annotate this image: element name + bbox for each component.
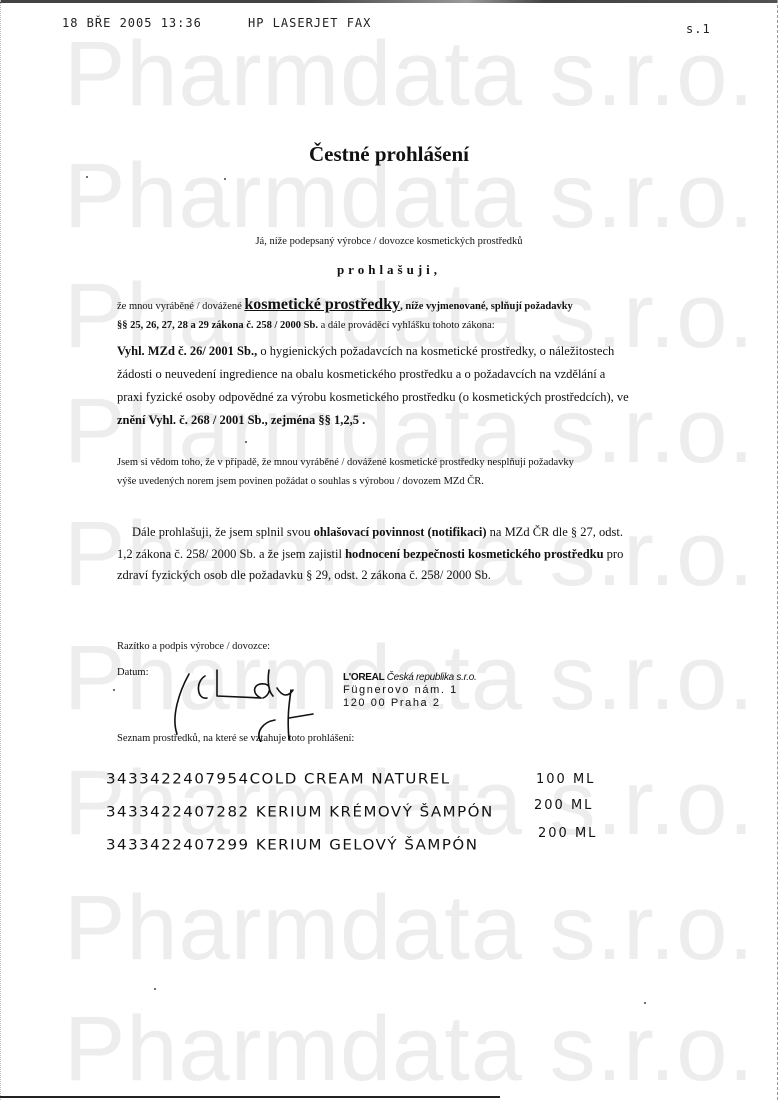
watermark: Pharmdata s.r.o. bbox=[64, 1003, 755, 1095]
product-code: 3433422407299 bbox=[106, 837, 250, 854]
para3-line2: výše uvedených norem jsem povinen požáda… bbox=[117, 476, 484, 487]
product-row: 3433422407299 KERIUM GELOVÝ ŠAMPÓN bbox=[106, 837, 478, 854]
product-name: KERIUM GELOVÝ ŠAMPÓN bbox=[256, 837, 479, 854]
stamp-city: 120 00 Praha 2 bbox=[343, 697, 476, 709]
stamp-signature-label: Razítko a podpis výrobce / dovozce: bbox=[117, 641, 270, 652]
fax-device: HP LASERJET FAX bbox=[248, 16, 371, 30]
product-volume: 100 ML bbox=[536, 772, 595, 787]
para4-line1: Dále prohlašuji, že jsem splnil svou ohl… bbox=[132, 525, 623, 540]
product-volume: 200 ML bbox=[534, 798, 593, 813]
scan-speck bbox=[224, 178, 226, 180]
para2-line2: žádosti o neuvedení ingredience na obalu… bbox=[117, 367, 605, 382]
para2-line4: znění Vyhl. č. 268 / 2001 Sb., zejména §… bbox=[117, 413, 365, 428]
para4-text: pro bbox=[604, 547, 624, 561]
scan-edge-top bbox=[0, 0, 778, 3]
para2-text: o hygienických požadavcích na kosmetické… bbox=[257, 344, 614, 358]
fax-page-number: s.1 bbox=[686, 22, 711, 36]
product-code: 3433422407282 bbox=[106, 804, 250, 821]
stamp-street: Fügnerovo nám. 1 bbox=[343, 684, 476, 696]
scan-speck bbox=[86, 176, 88, 178]
stamp-company: L'OREAL Česká republika s.r.o. bbox=[343, 672, 476, 683]
para4-text: na MZd ČR dle § 27, odst. bbox=[487, 525, 623, 539]
para1-line1: že mnou vyráběné / dovážené kosmetické p… bbox=[117, 296, 573, 314]
product-row: 3433422407282 KERIUM KRÉMOVÝ ŠAMPÓN bbox=[106, 804, 494, 821]
para4-line2: 1,2 zákona č. 258/ 2000 Sb. a že jsem za… bbox=[117, 547, 623, 562]
intro-line: Já, níže podepsaný výrobce / dovozce kos… bbox=[0, 236, 778, 247]
product-row: 3433422407954COLD CREAM NATUREL bbox=[106, 771, 451, 788]
handwritten-signature bbox=[165, 662, 315, 742]
scan-speck bbox=[245, 441, 247, 443]
safety-assessment: hodnocení bezpečnosti kosmetického prost… bbox=[345, 547, 603, 561]
para1-text: , níže vyjmenované, splňují požadavky bbox=[400, 301, 573, 312]
para4-line3: zdraví fyzických osob dle požadavku § 29… bbox=[117, 568, 491, 583]
fax-datetime: 18 BŘE 2005 13:36 bbox=[62, 16, 202, 30]
scan-speck bbox=[154, 988, 156, 990]
scan-speck bbox=[644, 1002, 646, 1004]
para4-text: 1,2 zákona č. 258/ 2000 Sb. a že jsem za… bbox=[117, 547, 345, 561]
company-stamp: L'OREAL Česká republika s.r.o. Fügnerovo… bbox=[343, 672, 476, 709]
para1-text: a dále prováděcí vyhlášku tohoto zákona: bbox=[318, 320, 495, 331]
product-name: COLD CREAM NATUREL bbox=[250, 771, 451, 788]
para2-line1: Vyhl. MZd č. 26/ 2001 Sb., o hygienickýc… bbox=[117, 344, 614, 359]
para2-line3: praxi fyzické osoby odpovědné za výrobu … bbox=[117, 390, 629, 405]
stamp-company-name: L'OREAL bbox=[343, 672, 384, 683]
law-reference: §§ 25, 26, 27, 28 a 29 zákona č. 258 / 2… bbox=[117, 320, 318, 331]
notification-duty: ohlašovací povinnost (notifikaci) bbox=[314, 525, 487, 539]
date-label: Datum: bbox=[117, 667, 149, 678]
product-name: KERIUM KRÉMOVÝ ŠAMPÓN bbox=[256, 804, 494, 821]
para1-line2: §§ 25, 26, 27, 28 a 29 zákona č. 258 / 2… bbox=[117, 320, 495, 331]
product-code: 3433422407954 bbox=[106, 771, 250, 788]
declare-heading: prohlašuji, bbox=[0, 262, 778, 278]
product-volume: 200 ML bbox=[538, 826, 597, 841]
para3-line1: Jsem si vědom toho, že v případě, že mno… bbox=[117, 457, 574, 468]
stamp-company-suffix: Česká republika s.r.o. bbox=[387, 672, 477, 683]
para4-text: Dále prohlašuji, že jsem splnil svou bbox=[132, 525, 314, 539]
watermark: Pharmdata s.r.o. bbox=[64, 28, 755, 120]
emphasis-kosmeticke-prostredky: kosmetické prostředky bbox=[244, 296, 400, 313]
scan-speck bbox=[113, 689, 115, 691]
watermark: Pharmdata s.r.o. bbox=[64, 882, 755, 974]
fax-page: Pharmdata s.r.o. Pharmdata s.r.o. Pharmd… bbox=[0, 0, 778, 1100]
para1-text: že mnou vyráběné / dovážené bbox=[117, 301, 242, 312]
document-title: Čestné prohlášení bbox=[0, 142, 778, 167]
decree-reference: Vyhl. MZd č. 26/ 2001 Sb., bbox=[117, 344, 257, 358]
